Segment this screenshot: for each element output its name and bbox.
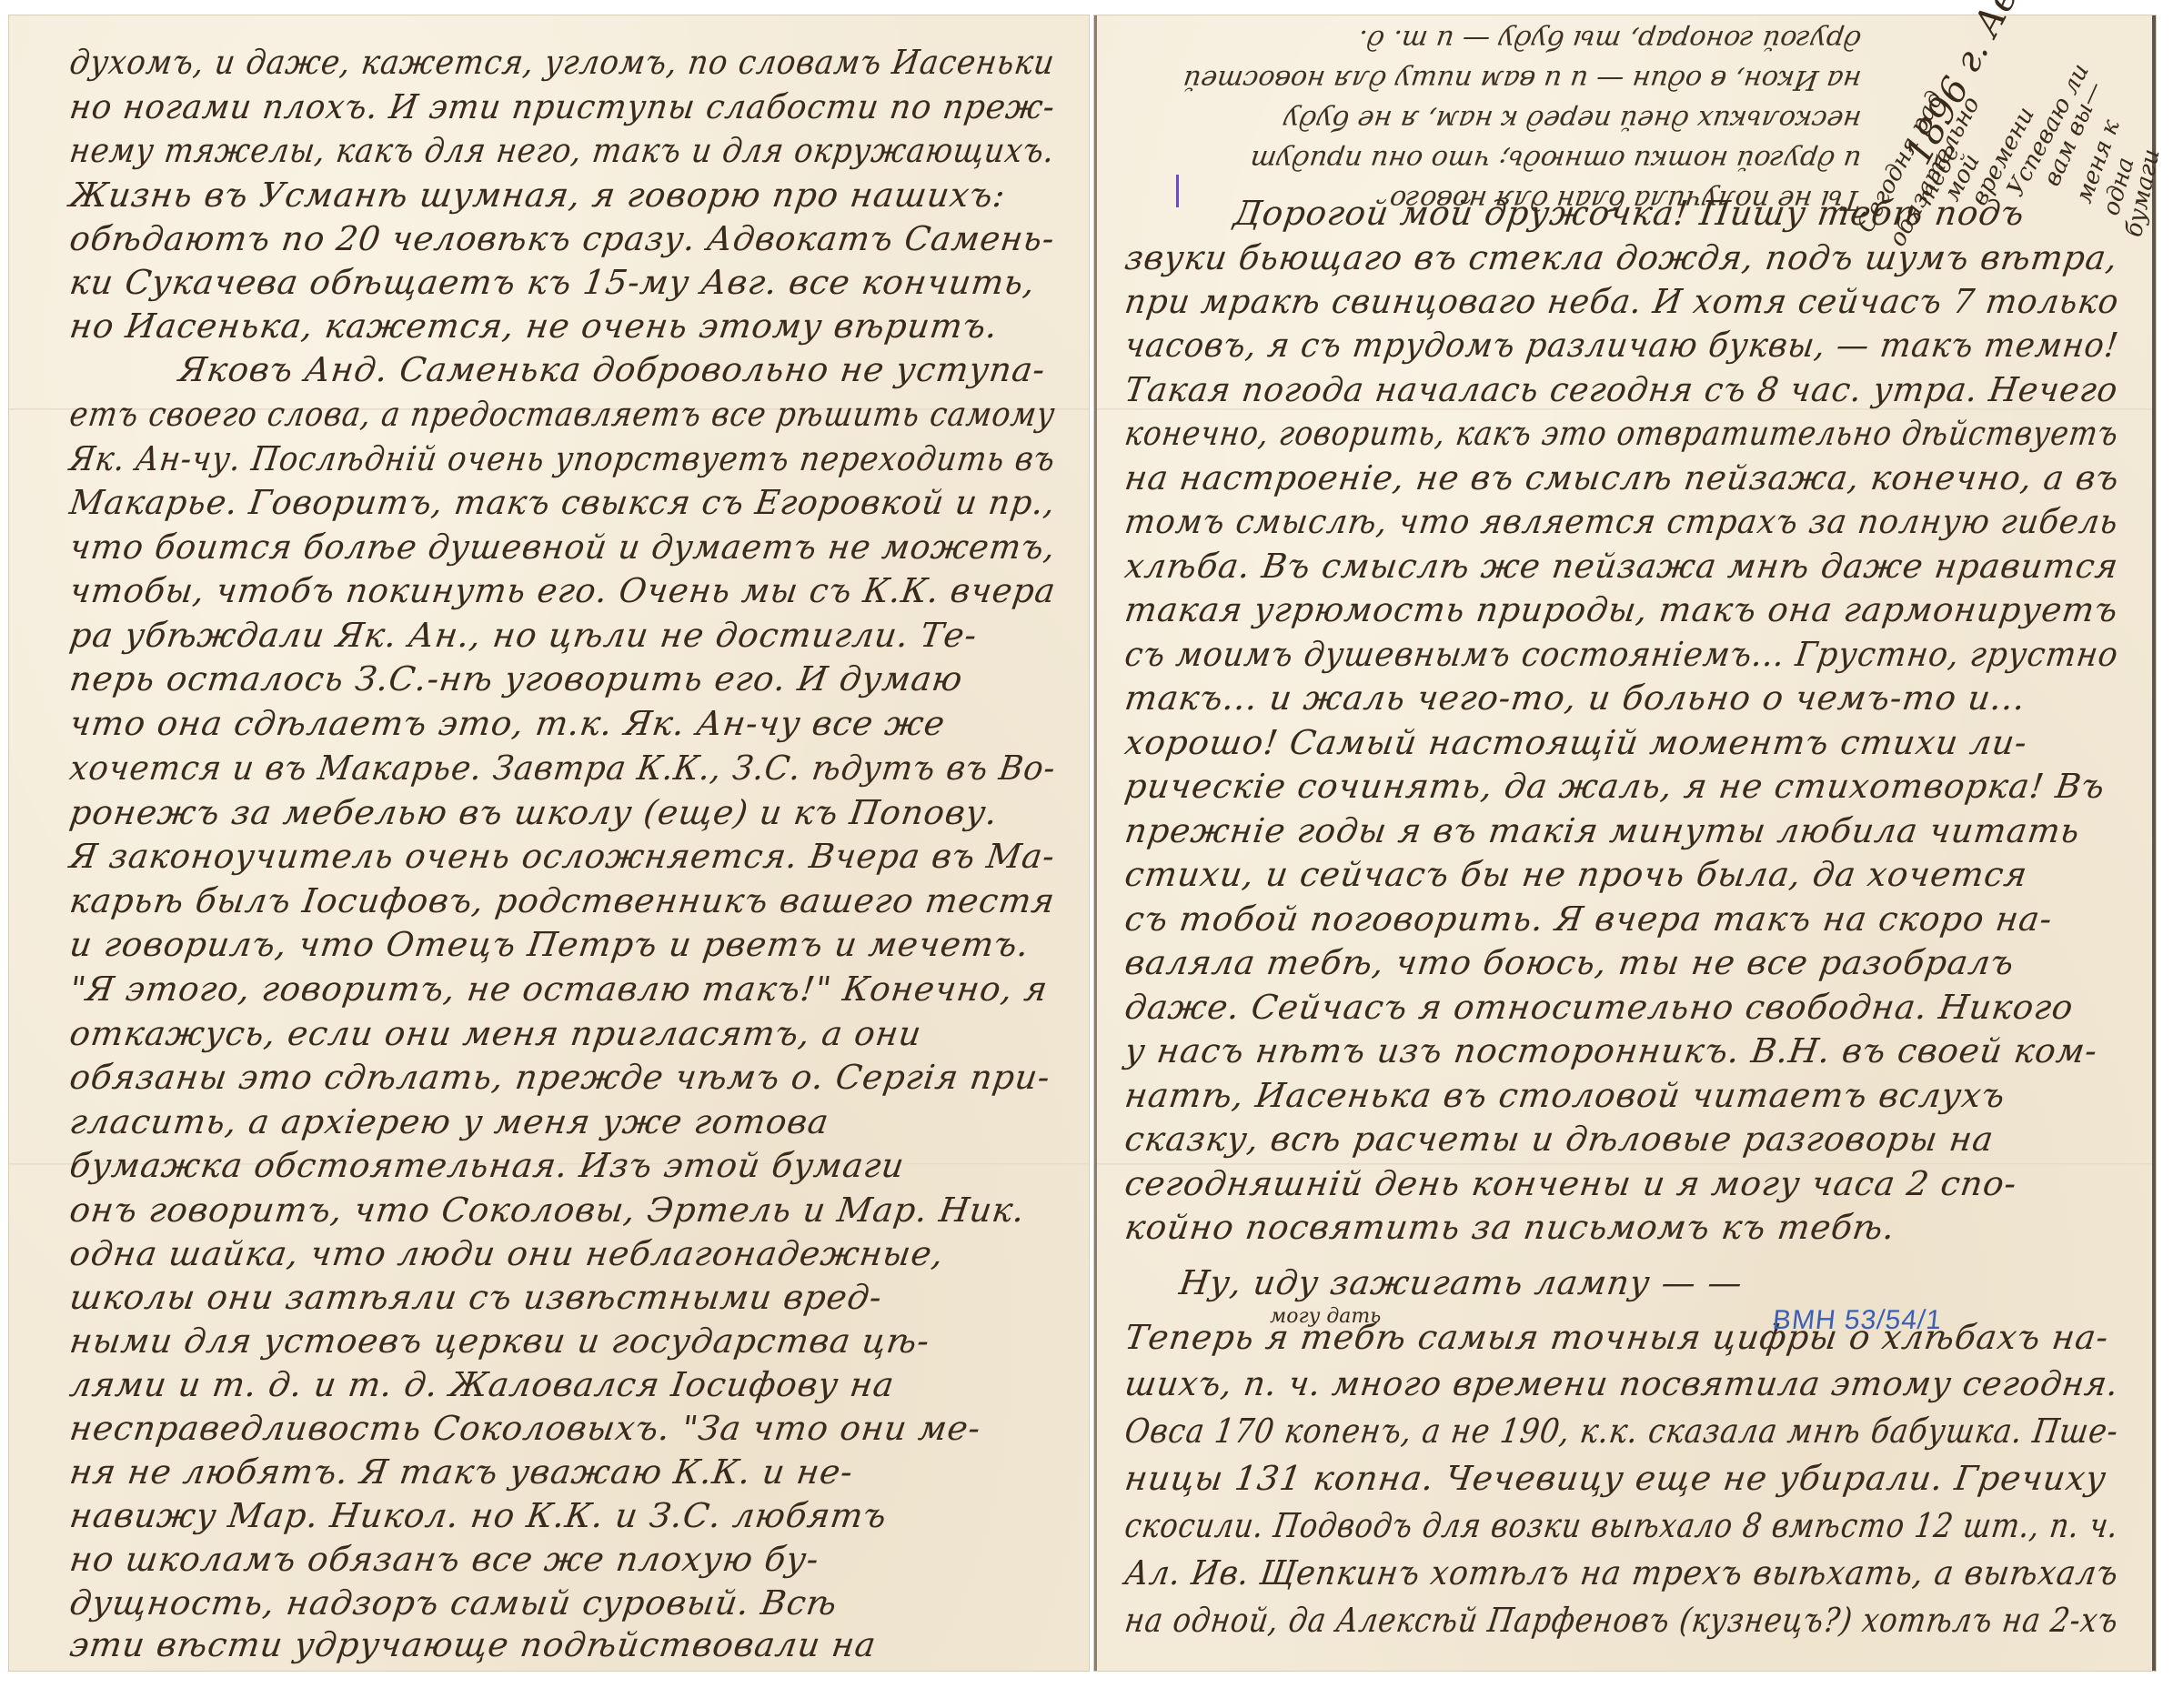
handwritten-line: даже. Сейчасъ я относительно свободна. Н… [1122, 988, 2076, 1027]
handwritten-line: нему тяжелы, какъ для него, такъ и для о… [67, 131, 1058, 170]
handwritten-line: обѣдаютъ по 20 человѣкъ сразу. Адвокатъ … [67, 219, 1058, 258]
handwritten-line: конечно, говорить, какъ это отвратительн… [1122, 414, 2121, 453]
handwritten-line: хорошо! Самый настоящій моментъ стихи ли… [1122, 723, 2030, 762]
handwritten-line: такъ... и жаль чего-то, и больно о чемъ-… [1122, 678, 2028, 718]
handwritten-line: ницы 131 копна. Чечевицу еще не убирали.… [1122, 1459, 2109, 1498]
handwritten-line: карьѣ былъ Іосифовъ, родственникъ вашего… [67, 881, 1058, 920]
handwritten-line: шихъ, п. ч. много времени посвятила этом… [1122, 1364, 2121, 1403]
handwritten-line: часовъ, я съ трудомъ различаю буквы, — т… [1122, 326, 2121, 365]
inverted-line: нескольких дней перед к нам, я не буду [1112, 99, 1864, 139]
handwritten-line: но Иасенька, кажется, не очень этому вѣр… [67, 306, 1001, 346]
handwritten-line: койно посвятить за письмомъ къ тебѣ. [1122, 1208, 1897, 1247]
handwritten-line: съ тобой поговорить. Я вчера такъ на ско… [1122, 899, 2055, 939]
handwritten-line: такая угрюмость природы, такъ она гармон… [1122, 590, 2120, 629]
handwritten-line: ня не любятъ. Я такъ уважаю К.К. и не- [67, 1452, 856, 1492]
handwritten-line: ными для устоевъ церкви и государства цѣ… [67, 1321, 932, 1361]
handwritten-line: сегодняшній день кончены и я могу часа 2… [1122, 1164, 2019, 1203]
handwritten-line: етъ своего слова, а предоставляетъ все р… [67, 395, 1058, 434]
handwritten-line: Такая погода началась сегодня съ 8 час. … [1122, 370, 2120, 409]
inverted-line: на Икон, в один — и и вам пишу для новос… [1112, 59, 1864, 99]
handwritten-line: валяла тебѣ, что боюсь, ты не все разобр… [1122, 943, 2017, 982]
handwritten-line: одна шайка, что люди они неблагонадежные… [67, 1234, 947, 1273]
letter-salutation: Дорогой мой дружочка! Пишу тебѣ подъ [1122, 194, 2027, 233]
handwritten-line: Яковъ Анд. Саменька добровольно не уступ… [67, 350, 1048, 389]
handwritten-line: прежніе годы я въ такія минуты любила чи… [1122, 811, 2083, 850]
handwritten-line: ра убѣждали Як. Ан., но цѣли не достигли… [67, 616, 980, 655]
handwritten-line: хочется и въ Макарье. Завтра К.К., З.С. … [67, 749, 1059, 788]
handwritten-line: несправедливость Соколовыхъ. "За что они… [67, 1409, 983, 1448]
handwritten-line: онъ говоритъ, что Соколовы, Эртель и Мар… [67, 1191, 1028, 1230]
handwritten-line: ки Сукачева обѣщаетъ къ 15-му Авг. все к… [67, 263, 1038, 302]
handwritten-line: бумажка обстоятельная. Изъ этой бумаги [67, 1146, 907, 1185]
handwritten-line: на одной, да Алексѣй Парфеновъ (кузнецъ?… [1122, 1601, 2121, 1640]
handwritten-line: лями и т. д. и т. д. Жаловался Іосифову … [67, 1365, 897, 1404]
letter-page-right: Ты не получила блан для нового и другой … [1094, 15, 2156, 1671]
handwritten-line: у насъ нѣтъ изъ посторонникъ. В.Н. въ св… [1122, 1031, 2100, 1070]
handwritten-line: сказку, всѣ расчеты и дѣловые разговоры … [1122, 1120, 1997, 1159]
handwritten-line: обязаны это сдѣлать, прежде чѣмъ о. Серг… [67, 1058, 1053, 1097]
handwritten-line: духомъ, и даже, кажется, угломъ, по слов… [67, 43, 1057, 82]
inverted-line: и другой нотки отнюдь; что они придут [1112, 139, 1864, 179]
handwritten-line: Ал. Ив. Щепкинъ хотѣлъ на трехъ выѣхать,… [1122, 1553, 2121, 1592]
letter-page-left: духомъ, и даже, кажется, угломъ, по слов… [9, 15, 1089, 1671]
handwritten-line: рическіе сочинять, да жаль, я не стихотв… [1122, 767, 2108, 806]
handwritten-line: при мракѣ свинцоваго неба. И хотя сейчас… [1122, 282, 2122, 321]
handwritten-line: Макарье. Говоритъ, такъ свыкся съ Егоров… [67, 483, 1058, 522]
handwritten-line: Жизнь въ Усманѣ шумная, я говорю про наш… [67, 176, 1008, 215]
handwritten-line: чтобы, чтобъ покинуть его. Очень мы съ К… [67, 571, 1059, 610]
handwritten-line: на настроеніе, не въ смыслѣ пейзажа, кон… [1122, 458, 2122, 497]
handwritten-line: хлѣба. Въ смыслѣ же пейзажа мнѣ даже нра… [1122, 547, 2121, 586]
handwritten-line: звуки бьющаго въ стекла дождя, подъ шумъ… [1122, 238, 2120, 277]
handwritten-line: Теперь я тебѣ самыя точныя цифры о хлѣба… [1122, 1318, 2111, 1357]
handwritten-line: Я законоучитель очень осложняется. Вчера… [67, 837, 1058, 876]
handwritten-line: съ моимъ душевнымъ состояніемъ... Грустн… [1122, 635, 2121, 674]
handwritten-line: Овса 170 копенъ, а не 190, к.к. сказала … [1122, 1412, 2121, 1451]
handwritten-line: ронежъ за мебелью въ школу (еще) и къ По… [67, 793, 1001, 832]
handwritten-line: эти вѣсти удручающе подѣйствовали на [67, 1625, 879, 1664]
handwritten-line: дущность, надзоръ самый суровый. Всѣ [67, 1583, 840, 1623]
inverted-line: другой гонорар, ты буду — и т. д. [1112, 19, 1864, 59]
handwritten-line: "Я этого, говоритъ, не оставлю такъ!" Ко… [67, 970, 1051, 1009]
handwritten-line: но школамъ обязанъ все же плохую бу- [67, 1540, 821, 1579]
handwritten-line: томъ смыслѣ, что является страхъ за полн… [1122, 502, 2121, 541]
handwritten-line: откажусь, если они меня пригласятъ, а он… [67, 1014, 924, 1053]
handwritten-line: Як. Ан-чу. Послѣдній очень упорствуетъ п… [67, 439, 1058, 478]
line-text: Яковъ Анд. Саменька добровольно не уступ… [176, 350, 1048, 389]
handwritten-line: что боится болѣе душевной и думаетъ не м… [67, 527, 1058, 567]
archive-inventory-stamp: ВМН 53/54/1 [1771, 1305, 1944, 1336]
handwritten-line: школы они затѣяли съ извѣстными вред- [67, 1278, 885, 1317]
handwritten-line: стихи, и сейчасъ бы не прочь была, да хо… [1122, 855, 2030, 894]
handwritten-line: скосили. Подводъ для возки выѣхало 8 вмѣ… [1122, 1506, 2121, 1545]
handwritten-line: Ну, иду зажигать лампу — — [1122, 1263, 1745, 1302]
handwritten-line: навижу Мар. Никол. но К.К. и З.С. любятъ [67, 1496, 890, 1535]
inverted-postscript: Ты не получила блан для нового и другой … [1115, 19, 1861, 219]
handwritten-line: что она сдѣлаетъ это, т.к. Як. Ан-чу все… [67, 704, 948, 743]
handwritten-line: и говорилъ, что Отецъ Петръ и рветъ и ме… [67, 925, 1032, 964]
handwritten-line: но ногами плохъ. И эти приступы слабости… [67, 87, 1058, 126]
handwritten-line: натѣ, Иасенька въ столовой читаетъ вслух… [1122, 1076, 2008, 1115]
handwritten-line: перь осталось З.С.-нѣ уговорить его. И д… [67, 659, 966, 698]
handwritten-line: гласить, а архіерею у меня уже готова [67, 1102, 831, 1141]
